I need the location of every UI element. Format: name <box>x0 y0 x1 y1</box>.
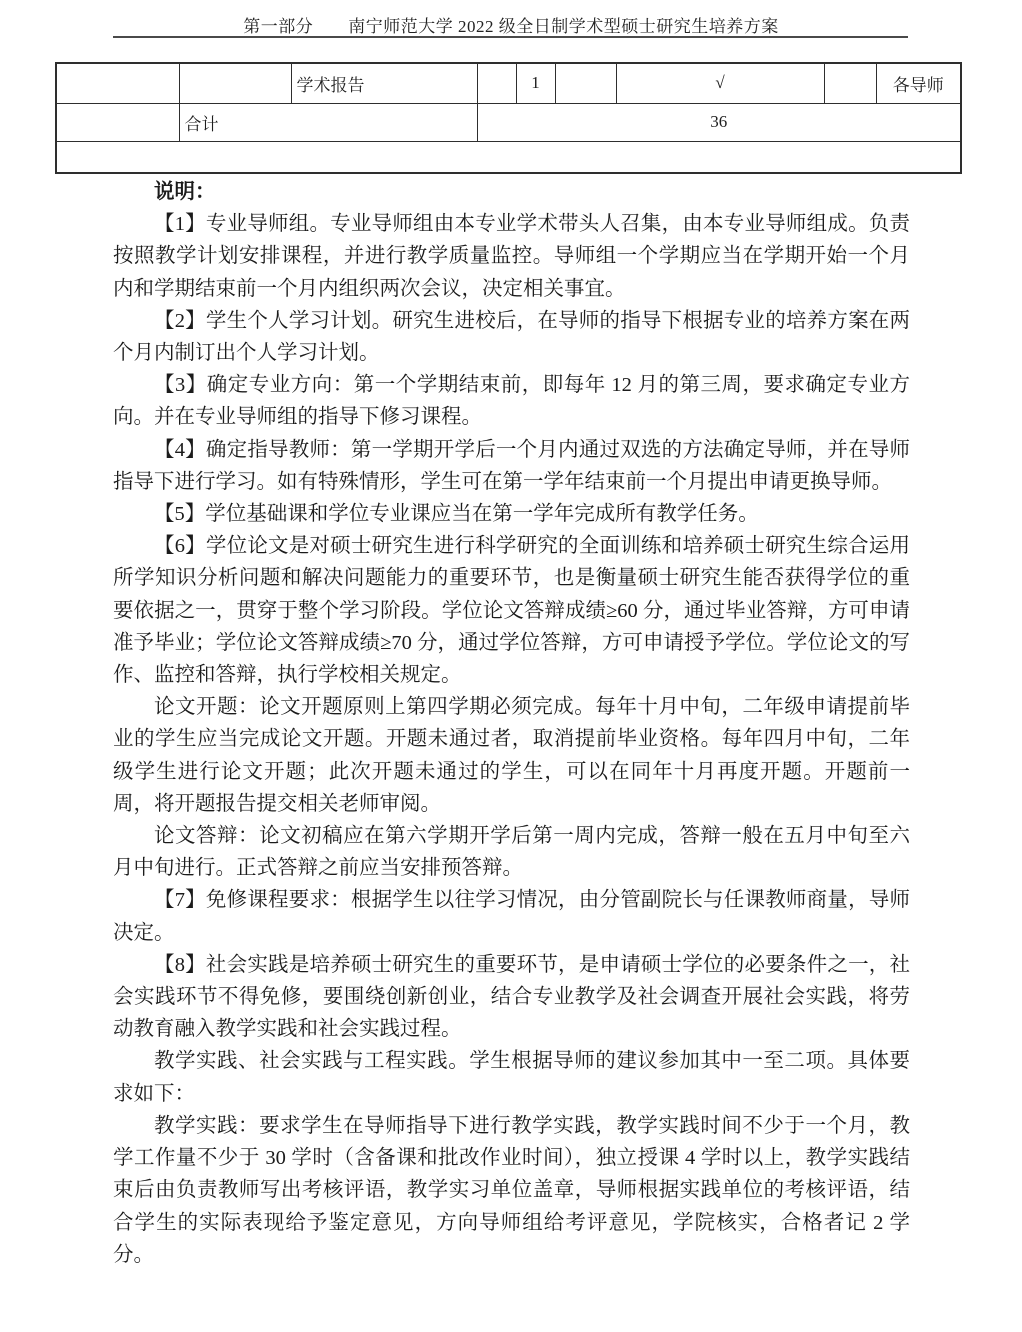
table-row-blank <box>56 141 961 173</box>
note-paragraph-7: 论文开题：论文开题原则上第四学期必须完成。每年十月中旬，二年级申请提前毕业的学生… <box>113 691 910 820</box>
notes-heading: 说明： <box>113 176 910 208</box>
table-row-total: 合计 36 <box>56 103 961 141</box>
note-paragraph-8: 论文答辩：论文初稿应在第六学期开学后第一周内完成，答辩一般在五月中旬至六月中旬进… <box>113 820 910 884</box>
credits-table: 学术报告 1 √ 各导师 合计 36 <box>55 62 962 174</box>
document-page: 第一部分 南宁师范大学 2022 级全日制学术型硕士研究生培养方案 学术报告 1… <box>0 0 1022 1332</box>
note-paragraph-9: 【7】免修课程要求：根据学生以往学习情况，由分管副院长与任课教师商量，导师决定。 <box>113 884 910 948</box>
page-header-title: 第一部分 南宁师范大学 2022 级全日制学术型硕士研究生培养方案 <box>0 12 1022 37</box>
table-cell-empty <box>555 63 616 103</box>
table-row-academic-report: 学术报告 1 √ 各导师 <box>56 63 961 103</box>
table-cell-checkmark: √ <box>616 63 824 103</box>
table-cell-supervisors: 各导师 <box>876 63 961 103</box>
table-cell-total-label: 合计 <box>179 103 477 141</box>
note-paragraph-11: 教学实践、社会实践与工程实践。学生根据导师的建议参加其中一至二项。具体要求如下： <box>113 1045 910 1109</box>
note-paragraph-5: 【5】学位基础课和学位专业课应当在第一学年完成所有教学任务。 <box>113 498 910 530</box>
note-paragraph-4: 【4】确定指导教师：第一学期开学后一个月内通过双选的方法确定导师，并在导师指导下… <box>113 434 910 498</box>
note-paragraph-10: 【8】社会实践是培养硕士研究生的重要环节，是申请硕士学位的必要条件之一，社会实践… <box>113 949 910 1046</box>
notes-section: 说明： 【1】专业导师组。专业导师组由本专业学术带头人召集，由本专业导师组成。负… <box>113 176 910 1271</box>
table-cell-credit-value: 1 <box>516 63 555 103</box>
note-paragraph-2: 【2】学生个人学习计划。研究生进校后，在导师的指导下根据专业的培养方案在两个月内… <box>113 305 910 369</box>
table-cell-empty <box>477 63 516 103</box>
header-rule <box>113 36 908 38</box>
table-cell-empty <box>56 63 179 103</box>
note-paragraph-12: 教学实践：要求学生在导师指导下进行教学实践，教学实践时间不少于一个月，教学工作量… <box>113 1110 910 1271</box>
table-cell-empty <box>56 103 179 141</box>
note-paragraph-6: 【6】学位论文是对硕士研究生进行科学研究的全面训练和培养硕士研究生综合运用所学知… <box>113 530 910 691</box>
note-paragraph-3: 【3】确定专业方向：第一个学期结束前，即每年 12 月的第三周，要求确定专业方向… <box>113 369 910 433</box>
table-cell-empty <box>179 63 291 103</box>
table-cell-academic-report: 学术报告 <box>291 63 477 103</box>
note-paragraph-1: 【1】专业导师组。专业导师组由本专业学术带头人召集，由本专业导师组成。负责按照教… <box>113 208 910 305</box>
table-cell-empty <box>56 141 961 173</box>
table-cell-total-value: 36 <box>477 103 961 141</box>
table-cell-empty <box>824 63 876 103</box>
